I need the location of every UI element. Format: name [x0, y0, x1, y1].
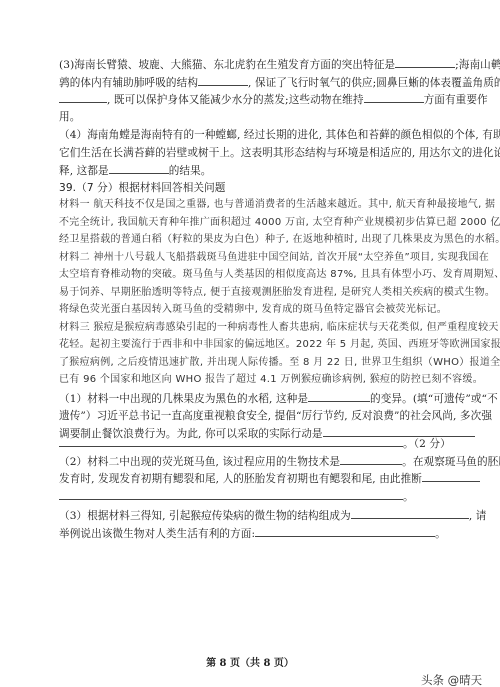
- material3-line2: 花轻。起初主要流行于西非和中非国家的偏远地区。2022 年 5 月起, 英国、西…: [59, 338, 441, 352]
- q38-3-line2: 鹑的体内有辅助肺呼吸的结构, 保证了飞行时氧气的供应;圆鼻巨蜥的体表覆盖角质的: [59, 75, 441, 90]
- answer-blank[interactable]: [109, 163, 169, 174]
- q39-1-line4: 。（2 分）: [59, 436, 441, 451]
- text: 的变异。(填“可遗传”或“不: [370, 393, 498, 405]
- material1-line1: 材料一 航天科技不仅是国之重器, 也与普通消费者的生活越来越近。其中, 航天育种…: [59, 198, 441, 212]
- text: 。: [403, 491, 414, 503]
- answer-blank[interactable]: [364, 92, 424, 103]
- material2-line2: 太空培育脊椎动物的突破。斑马鱼与人类基因的相似度高达 87%, 且具有体型小巧、…: [59, 268, 441, 282]
- q38-3-line3: , 既可以保护身体又能减少水分的蒸发;这些动物在维持方面有重要作: [59, 92, 441, 107]
- material3-line1: 材料三 猴痘是猴痘病毒感染引起的一种病毒性人畜共患病, 临床症状与天花类似, 但…: [59, 321, 441, 335]
- answer-blank[interactable]: [340, 454, 402, 465]
- q39-2-line1: （2）材料二中出现的荧光斑马鱼, 该过程应用的生物技术是。在观察斑马鱼的胚胎: [59, 454, 441, 469]
- answer-blank[interactable]: [59, 436, 403, 447]
- text: (3)海南长臂猿、坡鹿、大熊猫、东北虎豹在生殖发育方面的突出特征是: [59, 59, 395, 71]
- q38-3-line1: (3)海南长臂猿、坡鹿、大熊猫、东北虎豹在生殖发育方面的突出特征是;海南山鹌: [59, 57, 441, 72]
- material1-line2: 不完全统计, 我国航天育种年推广面积超过 4000 万亩, 太空育种产业规模初步…: [59, 216, 441, 230]
- material3-line3: 了猴痘病例, 之后疫情迅速扩散, 并出现人际传播。至 8 月 22 日, 世界卫…: [59, 356, 441, 370]
- q38-4-line2: 它们生活在长满苔藓的岩壁或树干上。这表明其形态结构与环境是相适应的, 用达尔文的…: [59, 146, 441, 160]
- answer-blank[interactable]: [395, 57, 455, 68]
- q39-heading: 39.（7 分）根据材料回答相关问题: [59, 181, 441, 195]
- answer-blank[interactable]: [59, 92, 107, 103]
- material3-line4: 已有 96 个国家和地区向 WHO 报告了超过 4.1 万例猴痘确诊病例, 猴痘…: [59, 373, 441, 387]
- text: （1）材料一中出现的几株果皮为黑色的水稻, 这种是: [59, 393, 308, 405]
- q38-4-line1: （4）海南角螳是海南特有的一种螳螂, 经过长期的进化, 其体色和苔藓的颜色相似的…: [59, 128, 441, 142]
- answer-blank[interactable]: [198, 75, 248, 86]
- q39-2-line3: 。: [59, 489, 441, 504]
- score-text: 。（2 分）: [403, 438, 451, 450]
- text: 发育时, 发现发育初期有鳃裂和尾, 人的胚胎发育初期也有鳃裂和尾, 由此推断: [59, 473, 422, 485]
- page-footer: 第 8 页（共 8 页）: [0, 654, 500, 669]
- text: （3）根据材料三得知, 引起猴痘传染病的微生物的结构组成为: [59, 510, 351, 522]
- q39-3-line2: 举例说出该微生物对人类生活有利的方面:。: [59, 526, 441, 541]
- material2-line3: 易于饲养、早期胚胎透明等特点, 便于直接观测胚胎发育进程, 是研究人类相关疾病的…: [59, 286, 441, 300]
- q39-1-line2: 遗传”）习近平总书记一直高度重视粮食安全, 提倡“厉行节约, 反对浪费”的社会风…: [59, 409, 441, 423]
- text: 举例说出该微生物对人类生活有利的方面:: [59, 528, 255, 540]
- answer-blank[interactable]: [59, 489, 403, 500]
- material2-line4: 将绿色荧光蛋白基因转入斑马鱼的受精卵中, 发育成的斑马鱼特定器官会被荧光标记。: [59, 303, 441, 317]
- q38-4-line3: 释, 这都是的结果。: [59, 163, 441, 178]
- material2-line1: 材料二 神州十八号载人飞船搭载斑马鱼进驻中国空间站, 首次开展“太空养鱼”项目,…: [59, 251, 441, 265]
- q39-3-line1: （3）根据材料三得知, 引起猴痘传染病的微生物的结构组成为, 请: [59, 508, 441, 523]
- text: 鹑的体内有辅助肺呼吸的结构: [59, 77, 198, 89]
- text: , 请: [469, 510, 487, 522]
- answer-blank[interactable]: [422, 471, 480, 482]
- text: ;海南山鹌: [455, 59, 500, 71]
- text: 释, 这都是: [59, 165, 109, 177]
- watermark: 头条 @晴天: [421, 672, 482, 687]
- text: , 既可以保护身体又能减少水分的蒸发;这些动物在维持: [107, 94, 364, 106]
- text: （2）材料二中出现的荧光斑马鱼, 该过程应用的生物技术是: [59, 456, 340, 468]
- text: , 保证了飞行时氧气的供应;圆鼻巨蜥的体表覆盖角质的: [248, 77, 500, 89]
- material1-line3: 经卫星搭载的普通白稻（籽粒的果皮为白色）种子, 在返地种植时, 出现了几株果皮为…: [59, 233, 441, 247]
- text: 方面有重要作: [424, 94, 488, 106]
- answer-blank[interactable]: [308, 391, 370, 402]
- q38-3-line4: 用。: [59, 110, 441, 124]
- text: 。: [435, 528, 446, 540]
- text: 。在观察斑马鱼的胚胎: [402, 456, 500, 468]
- q39-2-line2: 发育时, 发现发育初期有鳃裂和尾, 人的胚胎发育初期也有鳃裂和尾, 由此推断: [59, 471, 441, 486]
- answer-blank[interactable]: [351, 508, 469, 519]
- text: 的结果。: [169, 165, 212, 177]
- answer-blank[interactable]: [255, 526, 435, 537]
- q39-1-line1: （1）材料一中出现的几株果皮为黑色的水稻, 这种是的变异。(填“可遗传”或“不: [59, 391, 441, 406]
